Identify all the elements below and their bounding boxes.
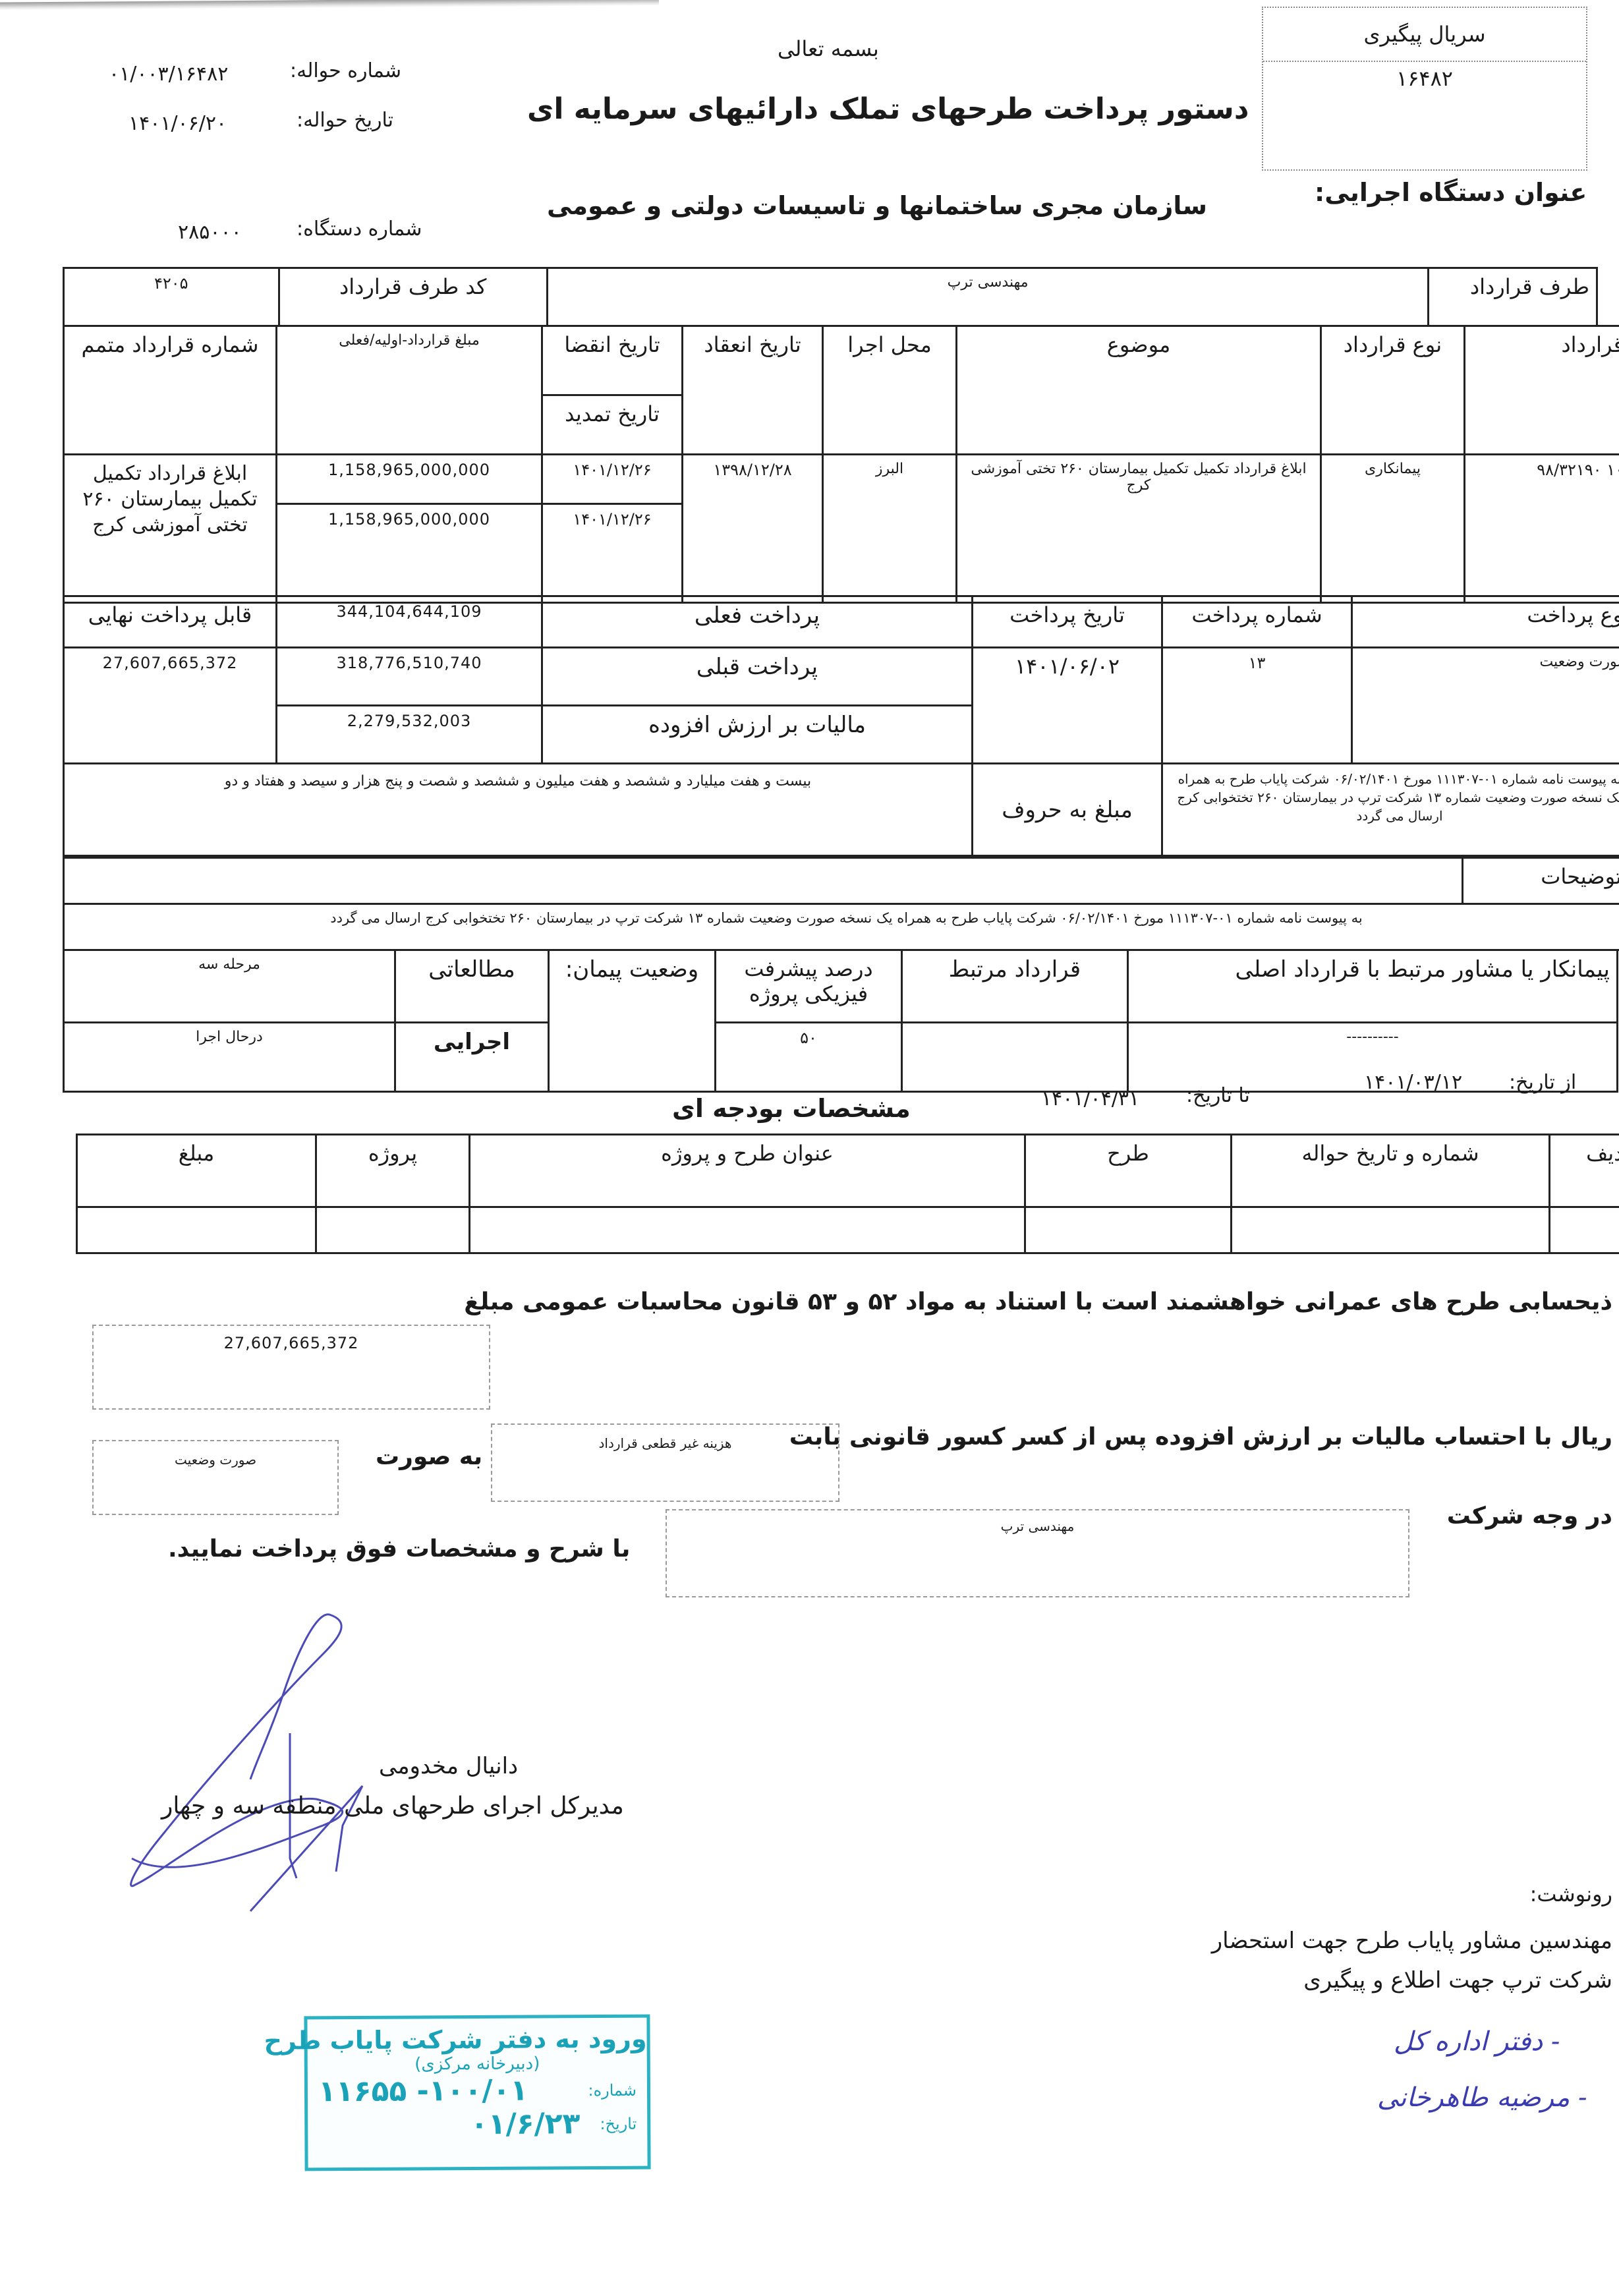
remarks-table: توضیحات به پیوست نامه شماره ۰۱-۱۱۱۳۰۷ مو… [63, 857, 1619, 951]
party-value: مهندسی ترپ [547, 268, 1428, 326]
signing-date-value: ۱۳۹۸/۱۲/۲۸ [683, 455, 823, 603]
remarks-text: به پیوست نامه شماره ۰۱-۱۱۱۳۰۷ مورخ ۰۶/۰۲… [64, 904, 1619, 950]
agency-label: عنوان دستگاه اجرایی: [1315, 178, 1587, 207]
from-date-value: ۱۴۰۱/۰۳/۱۲ [1364, 1071, 1462, 1094]
current-payment-value: 344,104,644,109 [277, 596, 542, 648]
amount-words-value: بیست و هفت میلیارد و ششصد و هفت میلیون و… [64, 764, 973, 856]
contractor-header: پیمانکار یا مشاور مرتبط با قرارداد اصلی [1128, 950, 1618, 1023]
serial-header: سریال پیگیری [1263, 8, 1586, 62]
havaleh-number-value: ۰۱/۰۰۳/۱۶۴۸۲ [109, 63, 228, 86]
instruction-line-3: در وجه شرکت [1447, 1503, 1612, 1530]
final-payable-value: 27,607,665,372 [64, 648, 277, 764]
instruction-line-2: ریال با احتساب مالیات بر ارزش افزوده پس … [789, 1423, 1612, 1450]
company-box: مهندسی ترپ [666, 1509, 1409, 1597]
budget-row [77, 1207, 1619, 1253]
progress-header: درصد پیشرفت فیزیکی پروژه [716, 950, 902, 1023]
payment-table: نوع پرداخت شماره پرداخت تاریخ پرداخت پرد… [63, 595, 1619, 857]
payment-date-header: تاریخ پرداخت [973, 596, 1162, 648]
cc-label: رونوشت: [1530, 1881, 1612, 1907]
page-title: دستور پرداخت طرحهای تملک دارائیهای سرمای… [527, 92, 1249, 126]
previous-payment-label: پرداخت قبلی [542, 648, 973, 706]
status-header: وضعیت پیمان: [549, 950, 716, 1092]
subject-header: موضوع [957, 326, 1321, 455]
agency-number-label: شماره دستگاه: [297, 217, 422, 241]
cost-type-value: هزینه غیر قطعی قرارداد [599, 1435, 732, 1451]
study-label: مطالعاتی [395, 950, 549, 1023]
contract-type-header: نوع قرارداد [1321, 326, 1465, 455]
contract-party-table: طرف قرارداد مهندسی ترپ کد طرف قرارداد ۴۲… [63, 267, 1598, 327]
havaleh-number-label: شماره حواله: [290, 59, 401, 82]
supplement-number-header: شماره قرارداد متمم [64, 326, 277, 455]
exec-label: اجرایی [395, 1023, 549, 1092]
budget-table: ردیف شماره و تاریخ حواله طرح عنوان طرح و… [76, 1134, 1619, 1254]
party-code-value: ۴۲۰۵ [64, 268, 279, 326]
signatory-title: مدیرکل اجرای طرحهای ملی منطقه سه و چهار [161, 1793, 624, 1820]
as-box: صورت وضعیت [92, 1440, 339, 1515]
vat-value: 2,279,532,003 [277, 706, 542, 764]
expiry-date-header: تاریخ انقضا [542, 326, 683, 395]
stamp-number-label: شماره: [588, 2081, 637, 2099]
final-payable-label: قابل پرداخت نهایی [64, 596, 277, 648]
amount-header: مبلغ قرارداد-اولیه/فعلی [277, 326, 542, 455]
related-contract-header: قرارداد مرتبط [902, 950, 1128, 1023]
location-value: البرز [823, 455, 957, 603]
contract-header: قرارداد [1465, 326, 1619, 455]
agency-number-value: ۲۸۵۰۰۰ [178, 221, 242, 244]
contract-table: قرارداد نوع قرارداد موضوع محل اجرا تاریخ… [63, 325, 1619, 604]
contract-type-value: پیمانکاری [1321, 455, 1465, 603]
budget-header-title: عنوان طرح و پروژه [470, 1135, 1025, 1207]
party-code-label: کد طرف قرارداد [279, 268, 547, 326]
extension-date-value: ۱۴۰۱/۱۲/۲۶ [542, 504, 683, 603]
cc-item-2: شرکت ترپ جهت اطلاع و پیگیری [1303, 1967, 1612, 1994]
serial-box: سریال پیگیری ۱۶۴۸۲ [1262, 7, 1587, 171]
expiry-date-value: ۱۴۰۱/۱۲/۲۶ [542, 455, 683, 504]
bismillah: بسمه تعالی [778, 36, 879, 61]
cost-type-box: هزینه غیر قطعی قرارداد [491, 1423, 839, 1502]
cc-handwritten-2: - مرضیه طاهرخانی [1377, 2082, 1587, 2113]
exec-value: درحال اجرا [64, 1023, 395, 1092]
party-label: طرف قرارداد [1429, 268, 1597, 326]
as-box-value: صورت وضعیت [175, 1452, 256, 1468]
payment-number-value: ۱۳ [1162, 648, 1352, 764]
related-contract-value [902, 1023, 1128, 1092]
payment-number-header: شماره پرداخت [1162, 596, 1352, 648]
payment-type-value: صورت وضعیت [1352, 648, 1619, 764]
stamp-line-2: (دبیرخانه مرکزی) [308, 2053, 647, 2075]
stamp-date-value: ۰۱/۶/۲۳ [470, 2107, 581, 2141]
budget-title: مشخصات بودجه ای [672, 1094, 911, 1123]
payment-type-header: نوع پرداخت [1352, 596, 1619, 648]
cc-item-1: مهندسین مشاور پایاب طرح جهت استحضار [1212, 1928, 1612, 1954]
stamp-line-1: ورود به دفتر شرکت پایاب طرح [307, 2024, 646, 2055]
company-box-value: مهندسی ترپ [1001, 1518, 1075, 1534]
havaleh-date-label: تاریخ حواله: [297, 109, 393, 132]
progress-value: ۵۰ [716, 1023, 902, 1092]
amount-box-value: 27,607,665,372 [224, 1334, 359, 1352]
remarks-label: توضیحات [1463, 858, 1619, 904]
amount-current-value: 1,158,965,000,000 [277, 504, 542, 603]
amount-initial-value: 1,158,965,000,000 [277, 455, 542, 504]
extension-date-header: تاریخ تمدید [542, 395, 683, 455]
supplement-number-value: ابلاغ قرارداد تکمیل تکمیل بیمارستان ۲۶۰ … [64, 455, 277, 603]
to-date-label: تا تاریخ: [1186, 1084, 1250, 1107]
stamp-number-value: ۱۰۰/۰۱- ۱۱۶۵۵ [318, 2074, 528, 2109]
amount-words-label: مبلغ به حروف [973, 764, 1162, 856]
budget-header-plan: طرح [1025, 1135, 1232, 1207]
vat-label: مالیات بر ارزش افزوده [542, 706, 973, 764]
as-label: به صورت [376, 1443, 482, 1470]
budget-header-row: ردیف [1550, 1135, 1619, 1207]
budget-header-amount: مبلغ [77, 1135, 316, 1207]
scan-edge [0, 0, 659, 10]
havaleh-date-value: ۱۴۰۱/۰۶/۲۰ [128, 112, 227, 135]
signing-date-header: تاریخ انعقاد [683, 326, 823, 455]
budget-header-project: پروژه [316, 1135, 470, 1207]
amount-box: 27,607,665,372 [92, 1325, 490, 1410]
cc-handwritten-1: - دفتر اداره کل [1394, 2026, 1560, 2057]
instruction-line-1: ذیحسابی طرح های عمرانی خواهشمند است با ا… [464, 1288, 1612, 1315]
agency-value: سازمان مجری ساختمانها و تاسیسات دولتی و … [547, 191, 1207, 220]
payment-date-value: ۱۴۰۱/۰۶/۰۲ [973, 648, 1162, 764]
location-header: محل اجرا [823, 326, 957, 455]
budget-header-havaleh: شماره و تاریخ حواله [1232, 1135, 1550, 1207]
payment-type-note: به پیوست نامه شماره ۰۱-۱۱۱۳۰۷ مورخ ۰۶/۰۲… [1162, 764, 1619, 856]
received-stamp: ورود به دفتر شرکت پایاب طرح (دبیرخانه مر… [304, 2015, 650, 2171]
instruction-line-4: با شرح و مشخصات فوق پرداخت نمایید. [168, 1535, 630, 1563]
contract-number-value: ۱۰ ۹۸/۳۲۱۹۰ [1465, 455, 1619, 603]
to-date-value: ۱۴۰۱/۰۴/۳۱ [1041, 1087, 1139, 1110]
subject-value: ابلاغ قرارداد تکمیل تکمیل بیمارستان ۲۶۰ … [957, 455, 1321, 603]
current-payment-label: پرداخت فعلی [542, 596, 973, 648]
signatory-name: دانیال مخدومی [379, 1753, 518, 1779]
serial-label: سریال پیگیری [1363, 22, 1485, 47]
remarks-text-top [64, 858, 1463, 904]
from-date-label: از تاریخ: [1509, 1071, 1576, 1094]
stamp-date-label: تاریخ: [600, 2114, 637, 2133]
serial-value: ۱۶۴۸۲ [1396, 66, 1453, 91]
study-value: مرحله سه [64, 950, 395, 1023]
previous-payment-value: 318,776,510,740 [277, 648, 542, 706]
